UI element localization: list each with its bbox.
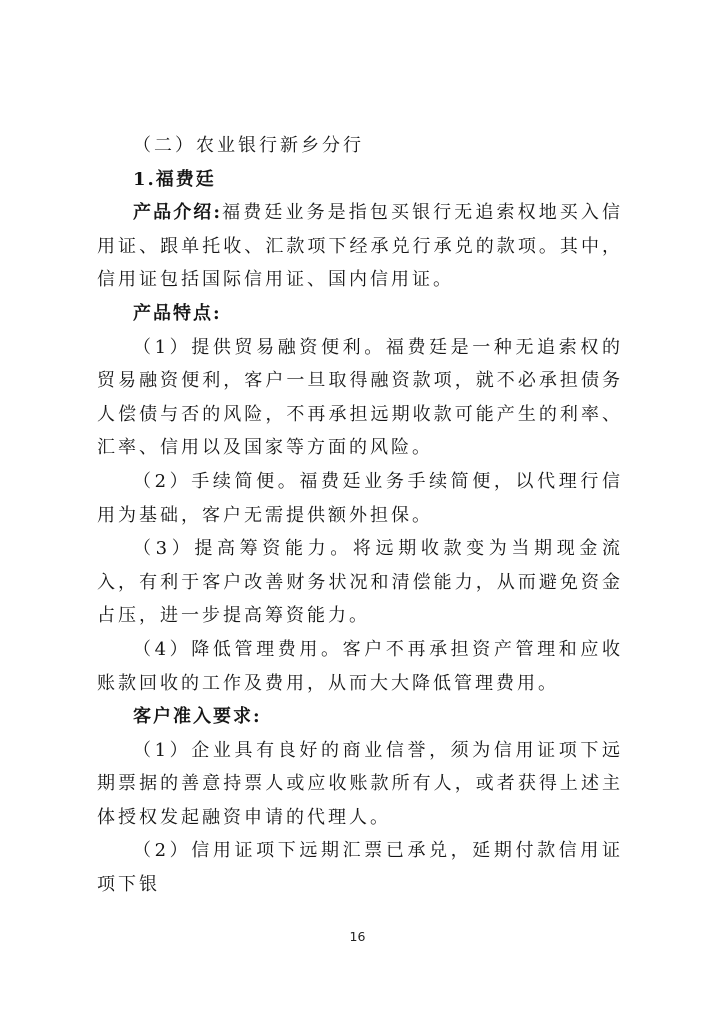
document-body: （二）农业银行新乡分行1.福费廷产品介绍:福费廷业务是指包买银行无追索权地买入信… — [97, 129, 623, 902]
paragraph: 客户准入要求: — [97, 700, 623, 734]
paragraph: 1.福费廷 — [97, 163, 623, 197]
document-page: （二）农业银行新乡分行1.福费廷产品介绍:福费廷业务是指包买银行无追索权地买入信… — [0, 0, 715, 1011]
paragraph: 产品介绍:福费廷业务是指包买银行无追索权地买入信用证、跟单托收、汇款项下经承兑行… — [97, 196, 623, 297]
paragraph-lead: 产品介绍: — [133, 202, 222, 223]
paragraph: （1）企业具有良好的商业信誉，须为信用证项下远期票据的善意持票人或应收账款所有人… — [97, 734, 623, 835]
paragraph: 产品特点: — [97, 297, 623, 331]
paragraph: （2）信用证项下远期汇票已承兑，延期付款信用证项下银 — [97, 834, 623, 901]
paragraph: （3）提高筹资能力。将远期收款变为当期现金流入，有利于客户改善财务状况和清偿能力… — [97, 532, 623, 633]
paragraph: （二）农业银行新乡分行 — [97, 129, 623, 163]
page-number: 16 — [0, 929, 715, 944]
paragraph-lead: 产品特点: — [133, 303, 222, 324]
paragraph-lead: 1.福费廷 — [133, 169, 216, 190]
paragraph-lead: 客户准入要求: — [133, 706, 262, 727]
paragraph: （4）降低管理费用。客户不再承担资产管理和应收账款回收的工作及费用，从而大大降低… — [97, 633, 623, 700]
paragraph: （2）手续简便。福费廷业务手续简便，以代理行信用为基础，客户无需提供额外担保。 — [97, 465, 623, 532]
paragraph: （1）提供贸易融资便利。福费廷是一种无追索权的贸易融资便利，客户一旦取得融资款项… — [97, 331, 623, 465]
